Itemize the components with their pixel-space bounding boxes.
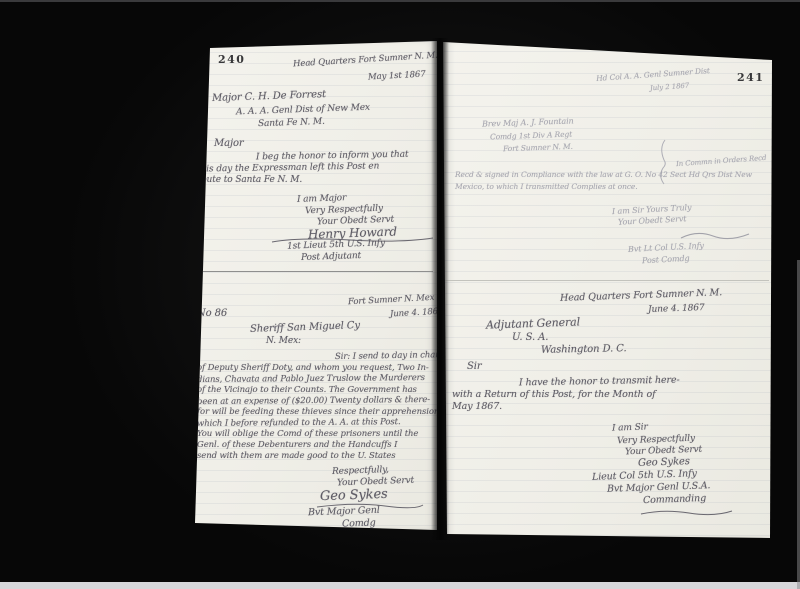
body-line: Genl. of these Debenturers and the Handc… (197, 440, 397, 450)
body-line: Mexico, to which I transmitted Complies … (455, 182, 638, 191)
body-line: which I before refunded to the A. A. at … (197, 417, 401, 429)
address-line: N. Mex: (266, 336, 301, 346)
address-line: U. S. A. (512, 332, 548, 343)
ink-speck (273, 324, 283, 330)
dateline: May 1st 1867 (368, 69, 426, 82)
dateline: Fort Sumner N. Mex (348, 293, 435, 308)
ledger-page-left: 240 Head Quarters Fort Sumner N. M. May … (185, 41, 437, 530)
body-line: Recd & signed in Compliance with the law… (455, 170, 752, 179)
body-line: send with them are made good to the U. S… (197, 451, 396, 461)
signature: Geo Sykes (638, 456, 690, 469)
address-line: A. A. A. Genl Dist of New Mex (236, 103, 370, 118)
divider-rule (193, 271, 433, 272)
endorsement-header: Hd Col A. A. Genl Sumner Dist (596, 66, 710, 83)
closing-line: Your Obedt Servt (625, 445, 702, 458)
closing-line: I am Sir (612, 422, 648, 433)
signature-title: 1st Lieut 5th U.S. Infy (287, 238, 385, 251)
body-line: of the Vicinajo to their Counts. The Gov… (197, 385, 417, 395)
dateline: June 4. 1867 (648, 303, 705, 315)
salutation: Major (214, 138, 244, 149)
signature-title: Post Adjutant (301, 251, 361, 263)
body-line: for will be feeding these thieves since … (197, 407, 437, 417)
salutation: Sir (467, 361, 482, 372)
address-line: Brev Maj A. J. Fountain (482, 116, 574, 128)
body-line: I have the honor to transmit here- (519, 375, 680, 389)
film-edge-bottom-strip (0, 582, 800, 589)
binding-gutter (431, 38, 449, 540)
body-line: dians, Chavata and Pablo Juez Truslow th… (197, 373, 425, 385)
signature-title: Bvt Lt Col U.S. Infy (628, 241, 704, 254)
address-line: Fort Sumner N. M. (503, 142, 573, 153)
body-line: May 1867. (452, 401, 502, 412)
body-line: Sir: I send to day in charge (335, 350, 437, 362)
address-line: Comdg 1st Div A Regt (490, 130, 572, 142)
closing-line: Your Obedt Servt (618, 214, 687, 227)
address-line: Washington D. C. (541, 343, 627, 355)
closing-line: Respectfully, (332, 465, 389, 477)
film-edge-top (0, 0, 800, 2)
body-line: You will oblige the Comd of these prison… (197, 429, 418, 439)
dateline: Head Quarters Fort Sumner N. M. (293, 51, 437, 70)
endorsement-note: In Commn in Orders Recd (676, 154, 767, 168)
signature-title: Commanding (643, 493, 706, 506)
body-line: this day the Expressman left this Post e… (197, 161, 379, 174)
page-number-right: 241 (737, 71, 764, 84)
signature-flourish (679, 228, 751, 242)
divider-rule (445, 280, 769, 281)
body-line: of Deputy Sheriff Doty, and whom you req… (197, 363, 429, 373)
endorsement-header: July 2 1867 (650, 82, 690, 93)
address-line: Major C. H. De Forrest (212, 89, 326, 104)
page-number-left: 240 (218, 53, 245, 66)
address-line: Santa Fe N. M. (258, 117, 325, 129)
body-line: route to Santa Fe N. M. (197, 175, 302, 185)
address-line: Adjutant General (486, 315, 580, 331)
microfilm-frame: 240 Head Quarters Fort Sumner N. M. May … (0, 0, 800, 589)
signature-title: Post Comdg (642, 254, 690, 265)
body-line: I beg the honor to inform you that (256, 150, 409, 163)
address-line: Sheriff San Miguel Cy (250, 320, 360, 335)
closing-line: I am Major (297, 193, 347, 205)
signature-title: Bvt Major Genl (308, 505, 380, 518)
signature-flourish (639, 508, 734, 518)
dateline: June 4. 1867 (390, 307, 437, 320)
body-line: with a Return of this Post, for the Mont… (452, 389, 656, 400)
dateline: Head Quarters Fort Sumner N. M. (560, 287, 722, 304)
body-line: been at an expense of ($20.00) Twenty do… (197, 395, 430, 407)
ledger-page-right: 241 Hd Col A. A. Genl Sumner Dist July 2… (441, 40, 772, 540)
